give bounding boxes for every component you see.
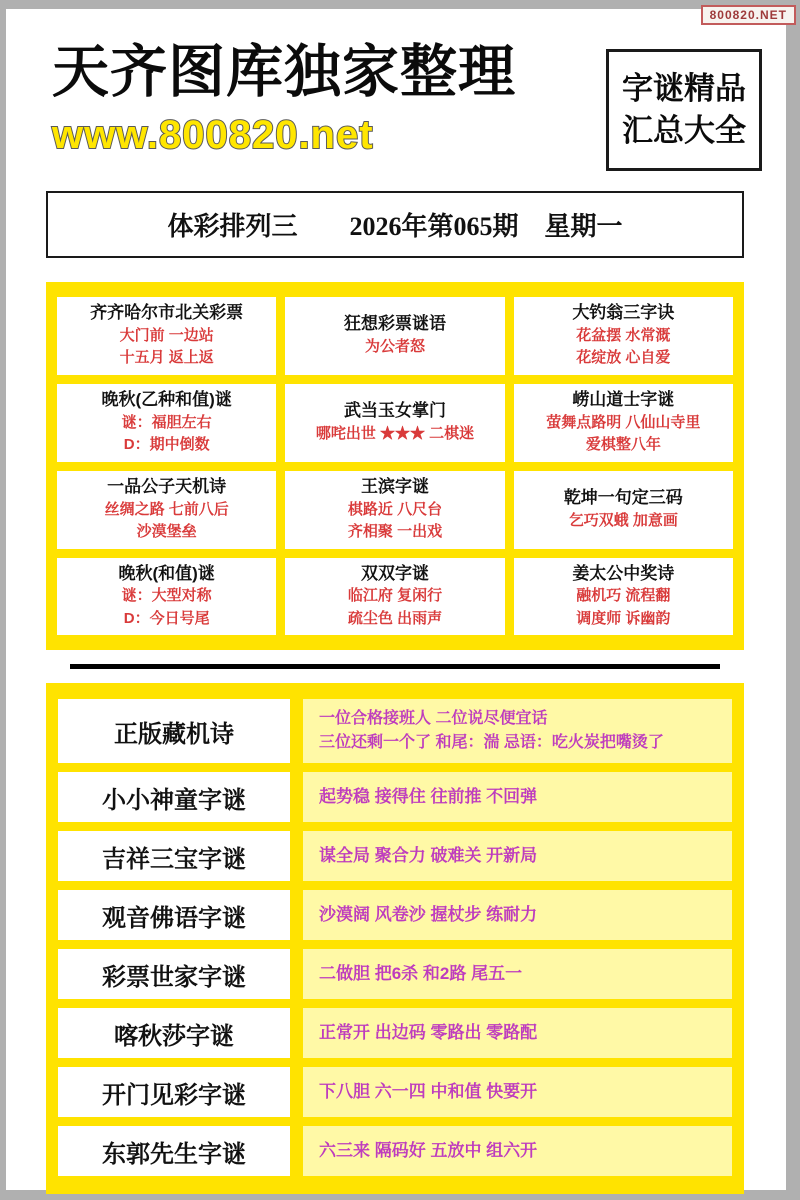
cell-title: 双双字谜 [288, 563, 501, 586]
content-line: 沙漠阔 风卷沙 握杖步 练耐力 [319, 902, 716, 928]
brand-title: 天齐图库独家整理 [52, 43, 516, 103]
site-badge: 800820.NET [701, 5, 796, 25]
grid-cell: 双双字谜 临江府 复闲行 疏尘色 出雨声 [285, 558, 504, 636]
cell-line: 花盆摆 水常溉 [517, 325, 730, 348]
cell-line: 谜：福胆左右 [60, 412, 273, 435]
cell-line: D：期中倒数 [60, 434, 273, 457]
cell-title: 崂山道士字谜 [517, 389, 730, 412]
list-item-content: 沙漠阔 风卷沙 握杖步 练耐力 [303, 890, 732, 940]
page-sheet: 天齐图库独家整理 www.800820.net 字谜精品 汇总大全 体彩排列三 … [6, 9, 786, 1190]
content-line: 二做胆 把6杀 和2路 尾五一 [319, 961, 716, 987]
list-item: 吉祥三宝字谜 谋全局 聚合力 破难关 开新局 [58, 831, 732, 881]
cell-title: 乾坤一句定三码 [517, 487, 730, 510]
grid-cell: 武当玉女掌门 哪咤出世 ★★★ 二棋迷 [285, 384, 504, 462]
cell-line: 爱棋整八年 [517, 434, 730, 457]
grid-cell: 一品公子天机诗 丝绸之路 七前八后 沙漠堡垒 [57, 471, 276, 549]
cell-line: 谜：大型对称 [60, 585, 273, 608]
list-item-title: 观音佛语字谜 [58, 890, 290, 940]
cell-line: 大门前 一边站 [60, 325, 273, 348]
list-item: 观音佛语字谜 沙漠阔 风卷沙 握杖步 练耐力 [58, 890, 732, 940]
side-box-line1: 字谜精品 [622, 68, 746, 110]
list-item: 喀秋莎字谜 正常开 出边码 零路出 零路配 [58, 1008, 732, 1058]
cell-title: 晚秋(和值)谜 [60, 563, 273, 586]
cell-line: 花绽放 心自爱 [517, 347, 730, 370]
list-item: 东郭先生字谜 六三来 隔码好 五放中 组六开 [58, 1126, 732, 1176]
grid-cell: 晚秋(乙种和值)谜 谜：福胆左右 D：期中倒数 [57, 384, 276, 462]
grid-cell: 崂山道士字谜 萤舞点路明 八仙山寺里 爱棋整八年 [514, 384, 733, 462]
issue-bar: 体彩排列三 2026年第065期 星期一 [46, 191, 744, 258]
list-item-content: 六三来 隔码好 五放中 组六开 [303, 1126, 732, 1176]
list-item-content: 二做胆 把6杀 和2路 尾五一 [303, 949, 732, 999]
cell-title: 晚秋(乙种和值)谜 [60, 389, 273, 412]
cell-line: 为公者怒 [288, 336, 501, 359]
riddle-grid: 齐齐哈尔市北关彩票 大门前 一边站 十五月 返上返 狂想彩票谜语 为公者怒 大钓… [46, 282, 744, 651]
cell-title: 王滨字谜 [288, 476, 501, 499]
cell-line: 棋路近 八尺台 [288, 499, 501, 522]
grid-cell: 晚秋(和值)谜 谜：大型对称 D：今日号尾 [57, 558, 276, 636]
section-divider [70, 664, 720, 669]
list-item: 开门见彩字谜 下八胆 六一四 中和值 快要开 [58, 1067, 732, 1117]
grid-cell: 狂想彩票谜语 为公者怒 [285, 297, 504, 375]
list-item-content: 谋全局 聚合力 破难关 开新局 [303, 831, 732, 881]
list-item-title: 开门见彩字谜 [58, 1067, 290, 1117]
cell-line: 临江府 复闲行 [288, 585, 501, 608]
list-item: 小小神童字谜 起势稳 接得住 往前推 不回弹 [58, 772, 732, 822]
cell-title: 一品公子天机诗 [60, 476, 273, 499]
list-item-content: 下八胆 六一四 中和值 快要开 [303, 1067, 732, 1117]
list-item-title: 东郭先生字谜 [58, 1126, 290, 1176]
cell-title: 姜太公中奖诗 [517, 563, 730, 586]
list-item-content: 正常开 出边码 零路出 零路配 [303, 1008, 732, 1058]
grid-cell: 大钓翁三字诀 花盆摆 水常溉 花绽放 心自爱 [514, 297, 733, 375]
cell-title: 武当玉女掌门 [288, 400, 501, 423]
cell-title: 狂想彩票谜语 [288, 313, 501, 336]
side-box: 字谜精品 汇总大全 [606, 49, 762, 171]
content-line: 起势稳 接得住 往前推 不回弹 [319, 784, 716, 810]
content-line: 谋全局 聚合力 破难关 开新局 [319, 843, 716, 869]
list-item-title: 彩票世家字谜 [58, 949, 290, 999]
grid-cell: 姜太公中奖诗 融机巧 流程翻 调度师 诉幽韵 [514, 558, 733, 636]
content-line: 一位合格接班人 二位说尽便宜话 [319, 707, 716, 732]
cell-line: 哪咤出世 ★★★ 二棋迷 [288, 423, 501, 446]
brand-url: www.800820.net [52, 113, 516, 158]
grid-cell: 齐齐哈尔市北关彩票 大门前 一边站 十五月 返上返 [57, 297, 276, 375]
list-item: 正版藏机诗 一位合格接班人 二位说尽便宜话 三位还剩一个了 和尾：湍 忌语：吃火… [58, 699, 732, 763]
cell-title: 大钓翁三字诀 [517, 302, 730, 325]
list-item-content: 一位合格接班人 二位说尽便宜话 三位还剩一个了 和尾：湍 忌语：吃火炭把嘴烫了 [303, 699, 732, 763]
cell-line: 萤舞点路明 八仙山寺里 [517, 412, 730, 435]
cell-line: 乞巧双蛾 加意画 [517, 510, 730, 533]
list-item-title: 吉祥三宝字谜 [58, 831, 290, 881]
riddle-list: 正版藏机诗 一位合格接班人 二位说尽便宜话 三位还剩一个了 和尾：湍 忌语：吃火… [46, 683, 744, 1194]
list-item-title: 喀秋莎字谜 [58, 1008, 290, 1058]
content-line: 六三来 隔码好 五放中 组六开 [319, 1138, 716, 1164]
header: 天齐图库独家整理 www.800820.net 字谜精品 汇总大全 [6, 9, 786, 171]
cell-line: 沙漠堡垒 [60, 521, 273, 544]
list-item: 彩票世家字谜 二做胆 把6杀 和2路 尾五一 [58, 949, 732, 999]
cell-line: D：今日号尾 [60, 608, 273, 631]
cell-title: 齐齐哈尔市北关彩票 [60, 302, 273, 325]
list-item-title: 正版藏机诗 [58, 699, 290, 763]
list-item-title: 小小神童字谜 [58, 772, 290, 822]
content-line: 三位还剩一个了 和尾：湍 忌语：吃火炭把嘴烫了 [319, 731, 716, 756]
grid-cell: 乾坤一句定三码 乞巧双蛾 加意画 [514, 471, 733, 549]
grid-cell: 王滨字谜 棋路近 八尺台 齐相聚 一出戏 [285, 471, 504, 549]
content-line: 下八胆 六一四 中和值 快要开 [319, 1079, 716, 1105]
cell-line: 融机巧 流程翻 [517, 585, 730, 608]
cell-line: 调度师 诉幽韵 [517, 608, 730, 631]
cell-line: 疏尘色 出雨声 [288, 608, 501, 631]
side-box-line2: 汇总大全 [622, 110, 746, 152]
brand-block: 天齐图库独家整理 www.800820.net [52, 43, 516, 171]
cell-line: 十五月 返上返 [60, 347, 273, 370]
list-item-content: 起势稳 接得住 往前推 不回弹 [303, 772, 732, 822]
cell-line: 丝绸之路 七前八后 [60, 499, 273, 522]
cell-line: 齐相聚 一出戏 [288, 521, 501, 544]
content-line: 正常开 出边码 零路出 零路配 [319, 1020, 716, 1046]
